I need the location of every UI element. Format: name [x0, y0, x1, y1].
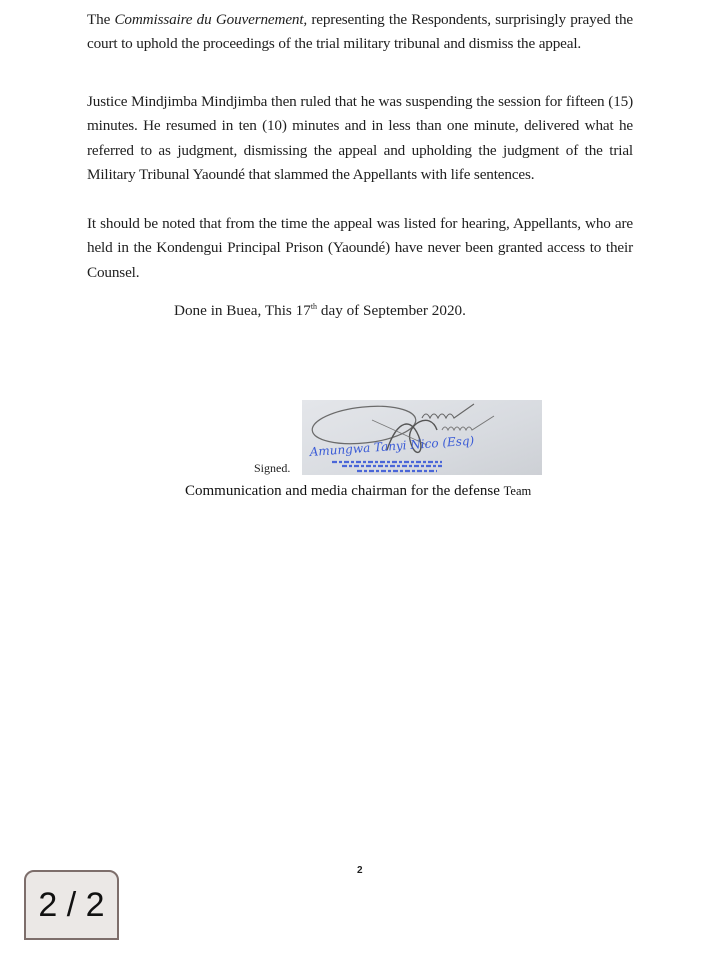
- paragraph-ruling: Justice Mindjimba Mindjimba then ruled t…: [87, 90, 633, 188]
- p1-before: The: [87, 11, 114, 28]
- p1-italic-term: Commissaire du Gouvernement,: [114, 11, 307, 28]
- closing-prefix: Done in Buea, This 17: [174, 302, 311, 319]
- signed-label: Signed.: [254, 461, 290, 476]
- page-number: 2: [357, 865, 363, 876]
- paragraph-counsel-access: It should be noted that from the time th…: [87, 212, 633, 285]
- signature-icon: Amungwa Tanyi Nico (Esq): [302, 400, 542, 475]
- document-page: The Commissaire du Gouvernement, represe…: [0, 0, 720, 960]
- paragraph-commissaire: The Commissaire du Gouvernement, represe…: [87, 8, 633, 57]
- signature-stamp-image: Amungwa Tanyi Nico (Esq): [302, 400, 542, 475]
- closing-line: Done in Buea, This 17th day of September…: [174, 295, 466, 323]
- page-counter-badge: 2 / 2: [24, 870, 119, 940]
- signatory-role: Communication and media chairman for the…: [185, 481, 531, 501]
- role-main: Communication and media chairman for the…: [185, 483, 504, 499]
- role-tail: Team: [504, 484, 532, 498]
- closing-suffix: day of September 2020.: [317, 302, 466, 319]
